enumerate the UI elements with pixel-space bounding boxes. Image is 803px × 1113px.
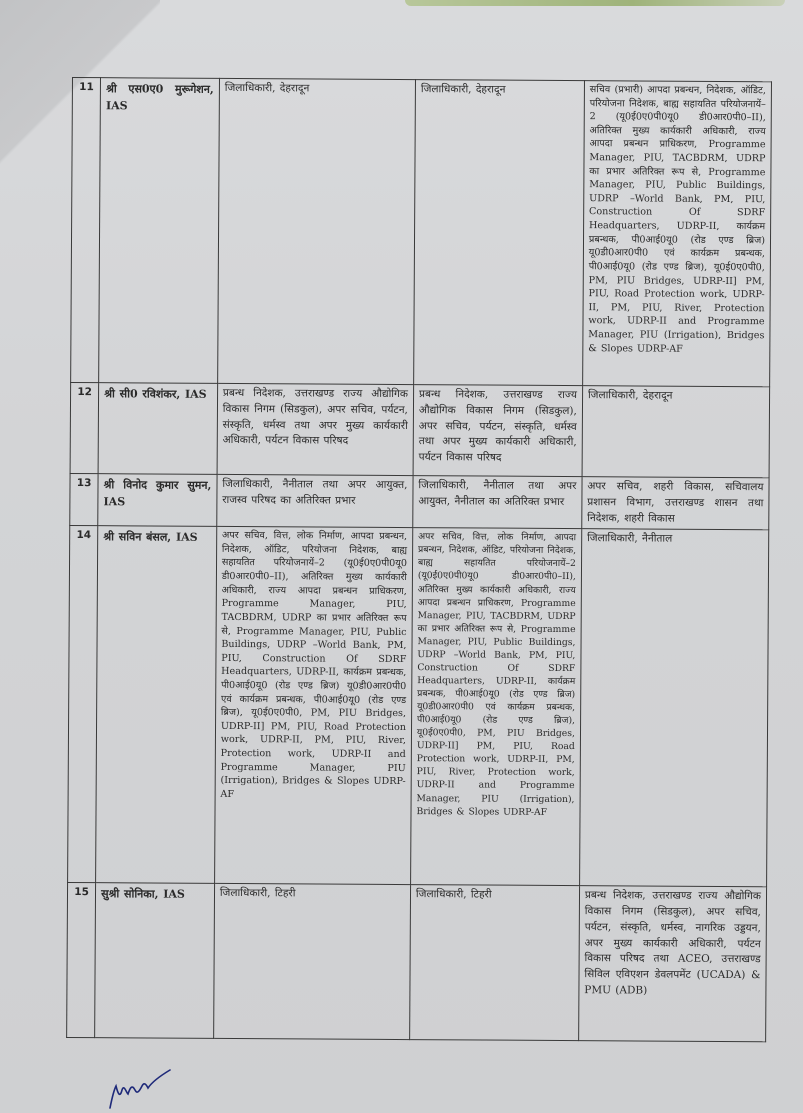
posting-table: 11 श्री एस0ए0 मुरूगेशन, IAS जिलाधिकारी, … bbox=[66, 77, 772, 1043]
table-row: 12 श्री सी0 रविशंकर, IAS प्रबन्ध निदेशक,… bbox=[70, 382, 770, 477]
signature-icon bbox=[108, 1068, 178, 1110]
table-row: 14 श्री सविन बंसल, IAS अपर सचिव, वित्त, … bbox=[68, 526, 769, 887]
table-row: 13 श्री विनोद कुमार सुमन, IAS जिलाधिकारी… bbox=[70, 473, 769, 530]
new-posting: अपर सचिव, शहरी विकास, सचिवालय प्रशासन वि… bbox=[582, 477, 769, 530]
serial-number: 14 bbox=[68, 526, 98, 883]
table-row: 15 सुश्री सोनिका, IAS जिलाधिकारी, टिहरी … bbox=[67, 883, 767, 1042]
officer-name: श्री सी0 रविशंकर, IAS bbox=[98, 383, 217, 475]
previous-posting: जिलाधिकारी, देहरादून bbox=[217, 78, 415, 384]
officer-name: श्री एस0ए0 मुरूगेशन, IAS bbox=[99, 78, 220, 384]
previous-posting: जिलाधिकारी, टिहरी bbox=[213, 884, 410, 1040]
current-posting: जिलाधिकारी, टिहरी bbox=[410, 885, 580, 1041]
current-posting: जिलाधिकारी, देहरादून bbox=[414, 80, 585, 386]
officer-name: सुश्री सोनिका, IAS bbox=[95, 883, 215, 1039]
serial-number: 15 bbox=[67, 883, 96, 1038]
current-posting: प्रबन्ध निदेशक, उत्तराखण्ड राज्य औद्योगि… bbox=[413, 385, 583, 477]
new-posting: प्रबन्ध निदेशक, उत्तराखण्ड राज्य औद्योगि… bbox=[579, 886, 767, 1042]
new-posting: जिलाधिकारी, नैनीताल bbox=[579, 529, 768, 887]
officer-name: श्री विनोद कुमार सुमन, IAS bbox=[98, 474, 217, 527]
new-posting: जिलाधिकारी, देहरादून bbox=[582, 386, 770, 478]
officer-name: श्री सविन बंसल, IAS bbox=[96, 526, 217, 884]
previous-posting: अपर सचिव, वित्त, लोक निर्माण, आपदा प्रबन… bbox=[214, 527, 412, 885]
previous-posting: प्रबन्ध निदेशक, उत्तराखण्ड राज्य औद्योगि… bbox=[217, 383, 414, 475]
document-page: 11 श्री एस0ए0 मुरूगेशन, IAS जिलाधिकारी, … bbox=[0, 0, 803, 1113]
current-posting: अपर सचिव, वित्त, लोक निर्माण, आपदा प्रबन… bbox=[411, 528, 582, 886]
background-object bbox=[405, 0, 785, 6]
serial-number: 12 bbox=[70, 382, 99, 473]
serial-number: 11 bbox=[71, 78, 101, 383]
new-posting: सचिव (प्रभारी) आपदा प्रबन्धन, निदेशक, ऑड… bbox=[583, 81, 772, 387]
serial-number: 13 bbox=[70, 473, 98, 525]
table-row: 11 श्री एस0ए0 मुरूगेशन, IAS जिलाधिकारी, … bbox=[71, 78, 772, 387]
current-posting: जिलाधिकारी, नैनीताल तथा अपर आयुक्त, नैनी… bbox=[413, 476, 582, 529]
previous-posting: जिलाधिकारी, नैनीताल तथा अपर आयुक्त, राजस… bbox=[217, 474, 413, 527]
